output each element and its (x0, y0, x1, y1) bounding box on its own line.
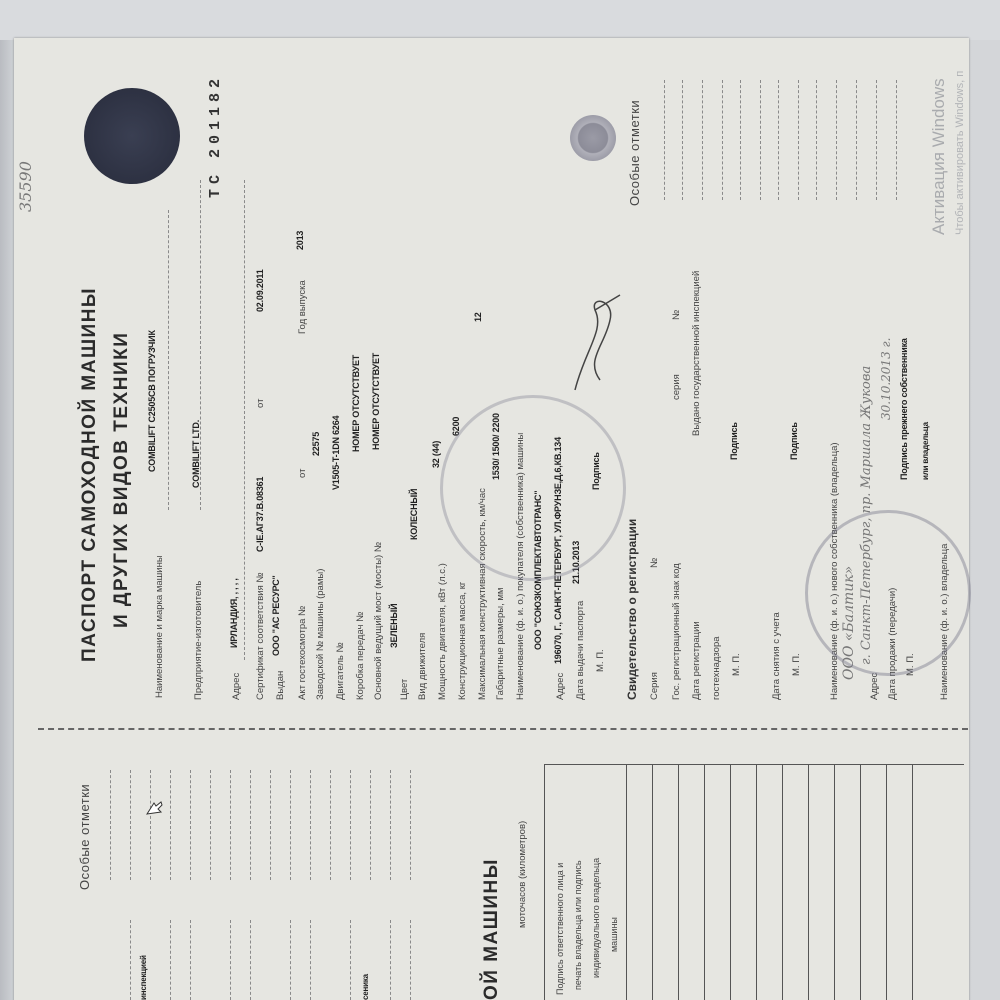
label-seller-address: Адрес (556, 673, 566, 700)
emblem-seal-icon (570, 115, 616, 161)
label-manufacturer: Предприятие-изготовитель (194, 581, 204, 700)
label-drive-axle: Основной ведущий мост (мосты) № (374, 542, 384, 700)
signature-scribble (565, 290, 625, 400)
handwritten-number: 35590 (18, 161, 34, 212)
series-number: 201182 (208, 74, 223, 158)
table-header-line2: печать владельца или подпись (574, 860, 583, 990)
special-line (230, 770, 231, 880)
left-page-title-fragment: ОЙ МАШИНЫ (482, 858, 501, 1000)
special-line (250, 770, 251, 880)
label-issued-by: Выдан (276, 671, 286, 700)
table-col-border (860, 764, 861, 1000)
special-marks-label-left: Особые отметки (78, 784, 91, 890)
special-line (370, 770, 371, 880)
special-line (210, 770, 211, 880)
special-line (350, 920, 351, 1000)
value-name-brand: COMBILIFT C2505CB ПОГРУЗЧИК (148, 330, 157, 472)
label-reg-mp: М. П. (732, 653, 742, 676)
special-line (836, 80, 837, 200)
table-col-border (730, 764, 731, 1000)
special-line (190, 770, 191, 880)
windows-activation-subtext: Чтобы активировать Windows, п (955, 71, 966, 235)
special-line (664, 80, 665, 200)
value-manufacturer: COMBILIFT LTD. (192, 420, 201, 488)
value-issued-by: ООО "АС РЕСУРС" (272, 575, 281, 656)
table-col-border (544, 764, 545, 1000)
special-line (310, 770, 311, 880)
fragment-owner: сеника (362, 974, 370, 1000)
label-reg-no: № (650, 558, 660, 568)
table-col-border (678, 764, 679, 1000)
owner-stamp (805, 510, 971, 676)
label-inspection-act: Акт гостехосмотра № (298, 606, 308, 700)
special-line (390, 770, 391, 880)
label-new-owner-address: Адрес (870, 673, 880, 700)
document-title-line1: ПАСПОРТ САМОХОДНОЙ МАШИНЫ (80, 287, 99, 662)
special-line (330, 770, 331, 880)
special-line (150, 770, 151, 880)
label-certificate: Сертификат соответствия № (256, 572, 266, 700)
special-line (682, 80, 683, 200)
special-line (290, 920, 291, 1000)
label-engine: Двигатель № (336, 642, 346, 700)
hours-label: моточасов (километров) (518, 821, 528, 928)
label-engine-power: Мощность двигателя, кВт (л.с.) (438, 563, 448, 700)
special-line (798, 80, 799, 200)
special-line (290, 770, 291, 880)
table-top-border (544, 764, 964, 765)
label-reg-issued-by: Выдано государственной инспекцией (692, 271, 702, 436)
special-line (856, 80, 857, 200)
special-line (250, 920, 251, 1000)
special-line (760, 80, 761, 200)
label-reg-signature: Подпись (730, 422, 739, 460)
special-line (410, 920, 411, 1000)
mouse-cursor-icon (146, 800, 164, 816)
company-stamp (440, 395, 626, 581)
special-line (390, 920, 391, 1000)
value-engine-power: 32 (44) (432, 441, 441, 468)
label-plate: Гос. регистрационный знак код (672, 563, 682, 700)
label-mp: М. П. (596, 649, 606, 672)
special-line (702, 80, 703, 200)
label-certificate-from: от (256, 399, 266, 408)
table-header-line4: машины (610, 917, 619, 952)
label-mass: Конструкционная масса, кг (458, 582, 468, 700)
special-line (816, 80, 817, 200)
table-col-border (834, 764, 835, 1000)
label-propulsion: Вид движителя (418, 633, 428, 700)
value-gearbox: НОМЕР ОТСУТСТВУЕТ (352, 355, 361, 452)
label-gostekhnadzor: гостехнадзора (712, 636, 722, 700)
label-reg-date: Дата регистрации (692, 621, 702, 700)
value-drive-axle: НОМЕР ОТСУТСТВУЕТ (372, 353, 381, 450)
handwritten-sale-date: 30.10.2013 г. (880, 338, 892, 420)
label-prev-owner-signature: Подпись прежнего собственника (900, 338, 909, 480)
value-propulsion: КОЛЕСНЫЙ (410, 489, 419, 540)
special-line (740, 80, 741, 200)
table-col-border (886, 764, 887, 1000)
special-line (310, 920, 311, 1000)
value-engine: V1505-T-1DN 6264 (332, 416, 341, 490)
special-line (778, 80, 779, 200)
label-dereg-signature: Подпись (790, 422, 799, 460)
value-address: ИРЛАНДИЯ, , , , , (230, 578, 239, 648)
windows-activation-watermark: Активация Windows (930, 78, 947, 235)
special-line (230, 920, 231, 1000)
series-label: ТС (208, 170, 223, 198)
label-serial-frame: Заводской № машины (рамы) (316, 569, 326, 700)
special-marks-label-right: Особые отметки (628, 100, 641, 206)
fold-line (38, 728, 968, 730)
special-line (170, 770, 171, 880)
document-title-line2: И ДРУГИХ ВИДОВ ТЕХНИКИ (112, 332, 131, 628)
special-line (410, 770, 411, 880)
value-max-speed: 12 (474, 312, 483, 322)
special-line (170, 920, 171, 1000)
label-reg-series: Серия (650, 672, 660, 700)
value-color: ЗЕЛЕНЫЙ (390, 604, 399, 648)
table-col-border (626, 764, 627, 1000)
table-header-line1: Подпись ответственного лица и (556, 863, 565, 995)
label-dereg-mp: М. П. (792, 653, 802, 676)
label-dimensions: Габаритные размеры, мм (496, 588, 506, 700)
registration-header: Свидетельство о регистрации (626, 519, 638, 700)
table-header-line3: индивидуального владельца (592, 858, 601, 978)
special-line (130, 770, 131, 880)
value-certificate: C-IE.АГ37.В.08361 (256, 477, 265, 552)
monitor-top-edge (0, 0, 1000, 40)
special-line (190, 920, 191, 1000)
field-line (244, 180, 245, 660)
label-address: Адрес (232, 673, 242, 700)
table-col-border (808, 764, 809, 1000)
hologram-seal-icon (84, 88, 180, 184)
special-line (876, 80, 877, 200)
value-serial-frame: 22575 (312, 432, 321, 456)
label-year: Год выпуска (298, 280, 308, 334)
special-line (130, 920, 131, 1000)
table-col-border (704, 764, 705, 1000)
special-line (896, 80, 897, 200)
value-certificate-date: 02.09.2011 (256, 269, 265, 312)
special-line (270, 770, 271, 880)
table-col-border (652, 764, 653, 1000)
fragment-inspection: инспекцией (140, 955, 148, 1000)
label-plate-no: № (672, 310, 682, 320)
table-col-border (756, 764, 757, 1000)
label-or-owner: или владельца (922, 422, 930, 480)
table-col-border (912, 764, 913, 1000)
label-gearbox: Коробка передач № (356, 612, 366, 700)
label-name-brand: Наименование и марка машины (155, 555, 165, 698)
field-line (168, 210, 169, 510)
label-plate-series: серия (672, 374, 682, 400)
value-year: 2013 (296, 231, 305, 250)
special-line (722, 80, 723, 200)
label-deregistration: Дата снятия с учета (772, 612, 782, 700)
table-col-border (782, 764, 783, 1000)
label-passport-date: Дата выдачи паспорта (576, 601, 586, 700)
label-color: Цвет (400, 679, 410, 700)
label-inspection-from: от (298, 469, 308, 478)
special-line (350, 770, 351, 880)
special-line (110, 770, 111, 880)
